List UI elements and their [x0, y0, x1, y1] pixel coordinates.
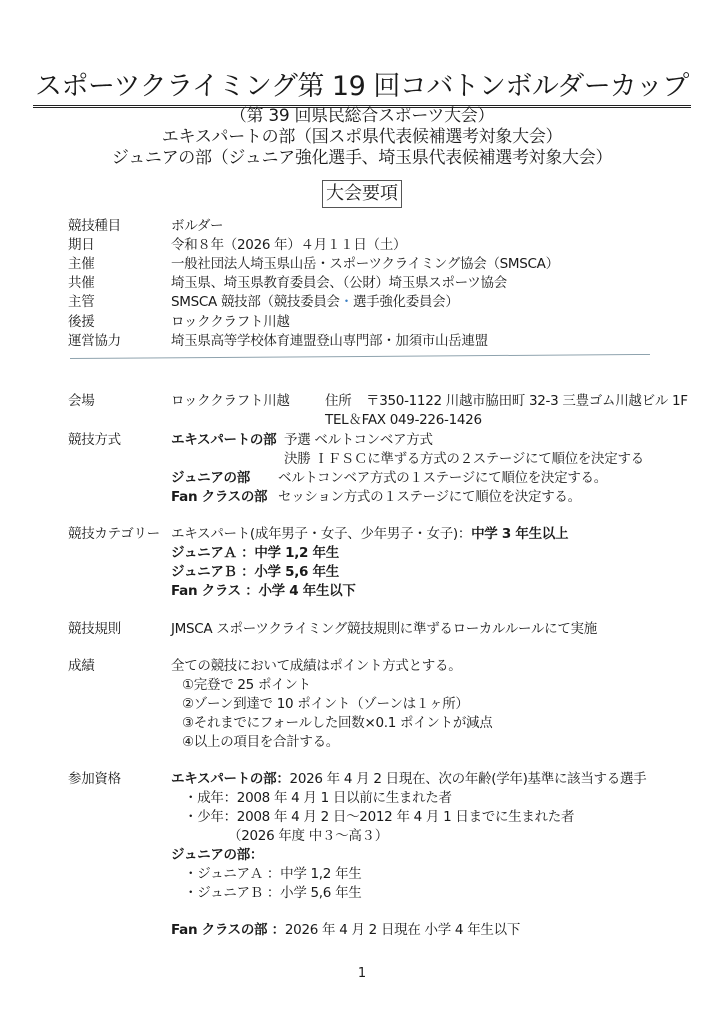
scoring-item-1: ①完登で 25 ポイント — [182, 676, 311, 695]
format-junior-label: ジュニアの部 — [171, 469, 250, 488]
scoring-item-4: ④以上の項目を合計する。 — [182, 733, 339, 752]
eligibility-adult: ・成年：2008 年 4 月 1 日以前に生まれた者 — [184, 789, 452, 808]
subtitle-line-3: ジュニアの部（ジュニア強化選手、埼玉県代表候補選考対象大会） — [0, 148, 724, 168]
overview-label-cohost: 共催 — [68, 274, 94, 293]
overview-value-organizer: 一般社団法人埼玉県山岳・スポーツクライミング協会（SMSCA） — [171, 255, 559, 274]
management-text-post: 選手強化委員会） — [353, 294, 459, 310]
overview-value-support: ロッククラフト川越 — [171, 313, 290, 332]
scoring-intro: 全ての競技において成績はポイント方式とする。 — [171, 657, 461, 676]
title-text: スポーツクライミング第 19 回コバトンボルダーカップ — [33, 70, 691, 108]
document-page: スポーツクライミング第 19 回コバトンボルダーカップ （第 39 回県民総合ス… — [0, 0, 724, 1024]
eligibility-youth-note: （2026 年度 中３～高３） — [228, 827, 388, 846]
rules-label: 競技規則 — [68, 620, 121, 639]
overview-label-management: 主管 — [68, 293, 94, 312]
categories-junior-a: ジュニアＡ ：中学 1,2 年生 — [171, 544, 339, 563]
subtitle-line-2: エキスパートの部（国スポ県代表候補選考対象大会） — [0, 127, 724, 147]
eligibility-fan-label: Fan クラスの部 ： — [171, 922, 285, 938]
categories-expert: エキスパート(成年男子・女子、少年男子・女子)：中学 3 年生以上 — [171, 525, 568, 544]
section-divider — [70, 354, 650, 359]
section-heading-wrap: 大会要項 — [0, 180, 724, 208]
format-expert-qualifier: 予選 ベルトコンベア方式 — [284, 431, 433, 450]
scoring-item-3: ③それまでにフォールした回数×0.1 ポイントが減点 — [182, 714, 492, 733]
overview-label-organizer: 主催 — [68, 255, 94, 274]
overview-label-cooperation: 運営協力 — [68, 332, 121, 351]
format-fan-text: セッション方式の１ステージにて順位を決定する。 — [278, 488, 581, 507]
categories-expert-grade: 中学 3 年生以上 — [471, 526, 568, 542]
rules-text: JMSCA スポーツクライミング競技規則に準ずるローカルルールにて実施 — [171, 620, 597, 639]
overview-label-support: 後援 — [68, 313, 94, 332]
eligibility-label: 参加資格 — [68, 770, 121, 789]
venue-name: ロッククラフト川越 — [171, 392, 290, 411]
eligibility-fan-text: 2026 年 4 月 2 日現在 小学 4 年生以下 — [285, 922, 520, 938]
boxed-heading: 大会要項 — [322, 180, 402, 208]
eligibility-fan: Fan クラスの部 ：2026 年 4 月 2 日現在 小学 4 年生以下 — [171, 921, 520, 940]
management-text-pre: SMSCA 競技部（競技委員会 — [171, 294, 340, 310]
overview-value-management: SMSCA 競技部（競技委員会・選手強化委員会） — [171, 293, 459, 312]
categories-junior-b: ジュニアＢ ：小学 5,6 年生 — [171, 563, 339, 582]
format-label: 競技方式 — [68, 431, 121, 450]
eligibility-junior-b: ・ジュニアＢ ：小学 5,6 年生 — [184, 884, 361, 903]
format-junior-text: ベルトコンベア方式の１ステージにて順位を決定する。 — [278, 469, 607, 488]
eligibility-youth: ・少年：2008 年 4 月 2 日～2012 年 4 月 1 日までに生まれた… — [184, 808, 574, 827]
venue-address-label: 住所 — [325, 392, 351, 411]
eligibility-expert-label: エキスパートの部： — [171, 771, 290, 787]
venue-address: 〒350-1122 川越市脇田町 32-3 三豊ゴム川越ビル 1F — [366, 392, 688, 411]
eligibility-junior-a: ・ジュニアＡ ：中学 1,2 年生 — [184, 865, 361, 884]
format-expert-final: 決勝 ＩＦＳＣに準ずる方式の２ステージにて順位を決定する — [284, 450, 644, 469]
document-title: スポーツクライミング第 19 回コバトンボルダーカップ — [0, 70, 724, 108]
overview-label-date: 期日 — [68, 236, 94, 255]
overview-value-event: ボルダー — [171, 217, 223, 236]
overview-value-cooperation: 埼玉県高等学校体育連盟登山専門部・加須市山岳連盟 — [171, 332, 488, 351]
venue-tel: TEL＆FAX 049-226-1426 — [325, 411, 482, 430]
overview-label-event: 競技種目 — [68, 217, 121, 236]
page-number: 1 — [0, 966, 724, 981]
overview-value-date: 令和８年（2026 年）４月１１日（土） — [171, 236, 406, 255]
eligibility-junior-label: ジュニアの部： — [171, 846, 263, 865]
overview-value-cohost: 埼玉県、埼玉県教育委員会、（公財）埼玉県スポーツ協会 — [171, 274, 507, 293]
categories-label: 競技カテゴリー — [68, 525, 160, 544]
scoring-label: 成績 — [68, 657, 94, 676]
categories-expert-prefix: エキスパート(成年男子・女子、少年男子・女子)： — [171, 526, 471, 542]
separator-dot: ・ — [340, 294, 353, 310]
format-fan-label: Fan クラスの部 — [171, 488, 267, 507]
format-expert-label: エキスパートの部 — [171, 431, 276, 450]
subtitle-line-1: （第 39 回県民総合スポーツ大会） — [0, 106, 724, 126]
eligibility-expert-text: 2026 年 4 月 2 日現在、次の年齢(学年)基準に該当する選手 — [290, 771, 647, 787]
venue-label: 会場 — [68, 392, 94, 411]
eligibility-expert: エキスパートの部：2026 年 4 月 2 日現在、次の年齢(学年)基準に該当す… — [171, 770, 646, 789]
categories-fan: Fan クラス ：小学 4 年生以下 — [171, 582, 356, 601]
scoring-item-2: ②ゾーン到達で 10 ポイント（ゾーンは１ヶ所） — [182, 695, 469, 714]
